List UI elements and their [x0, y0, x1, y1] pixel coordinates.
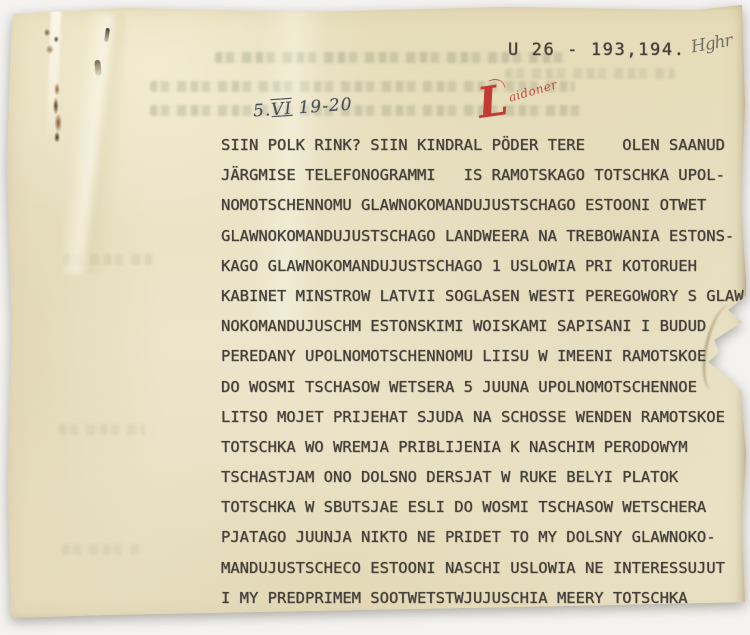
typed-line: KAGO GLAWNOKOMANDUJUSTSCHAGO 1 USLOWIA P… [221, 255, 744, 285]
paper-stain [38, 24, 64, 58]
typed-line: LITSO MOJET PRIJEHAT SJUDA NA SCHOSSE WE… [221, 406, 744, 436]
typed-line: TOTSCHKA W SBUTSJAE ESLI DO WOSMI TSCHAS… [221, 496, 744, 526]
typed-body: SIIN POLK RINK? SIIN KINDRAL PÖDER TERE … [221, 134, 744, 617]
bleedthrough-text [62, 544, 142, 555]
red-ink-annotation: L aidoner [478, 82, 508, 122]
typed-line: JÄRGMISE TELEFONOGRAMMI IS RAMOTSKAGO TO… [221, 164, 744, 194]
typed-line: SIIN POLK RINK? SIIN KINDRAL PÖDER TERE … [221, 134, 744, 164]
document-page: U 26 - 193,194. Hghr 5.VI 19-20 L aidone… [5, 4, 746, 622]
typed-line: PEREDANY UPOLNOMOTSCHENNOMU LIISU W IMEE… [221, 345, 744, 375]
typed-line: DO WOSMI TSCHASOW WETSERA 5 JUUNA UPOLNO… [221, 376, 744, 406]
scan-background: U 26 - 193,194. Hghr 5.VI 19-20 L aidone… [0, 0, 750, 635]
typed-line: MANDUJUSTSCHECO ESTOONI NASCHI USLOWIA N… [221, 557, 744, 587]
reference-number: U 26 - 193,194. [508, 40, 686, 60]
typed-line: KABINET MINSTROW LATVII SOGLASEN WESTI P… [221, 285, 744, 315]
bleedthrough-text [59, 424, 145, 435]
date-roman-month: VI [271, 99, 293, 120]
document-page-wrap: U 26 - 193,194. Hghr 5.VI 19-20 L aidone… [5, 4, 746, 622]
typed-line: GLAWNOKOMANDUJUSTSCHAGO LANDWEERA NA TRE… [221, 225, 744, 255]
red-ink-initial: L [475, 80, 510, 124]
typed-line: I MY PREDPRIMEM SOOTWETSTWJUJUSCHIA MEER… [221, 587, 744, 617]
date-time: 19-20 [292, 95, 354, 119]
typed-line: NOMOTSCHENNOMU GLAWNOKOMANDUJUSTSCHAGO E… [221, 194, 744, 224]
typed-line: TSCHASTJAM ONO DOLSNO DERSJAT W RUKE BEL… [221, 466, 744, 496]
handwritten-initials: Hghr [690, 31, 734, 58]
typed-line: TOTSCHKA WO WREMJA PRIBLIJENIA K NASCHIM… [221, 436, 744, 466]
typed-line: NOKOMANDUJUSCHM ESTONSKIMI WOISKAMI SAPI… [221, 315, 744, 345]
paper-stain [47, 82, 67, 142]
paper-crease [62, 13, 126, 275]
bleedthrough-text [505, 68, 675, 79]
bleedthrough-text [150, 105, 582, 116]
typed-line: PJATAGO JUUNJA NIKTO NE PRIDET TO MY DOL… [221, 526, 744, 556]
date-day: 5. [252, 100, 272, 121]
